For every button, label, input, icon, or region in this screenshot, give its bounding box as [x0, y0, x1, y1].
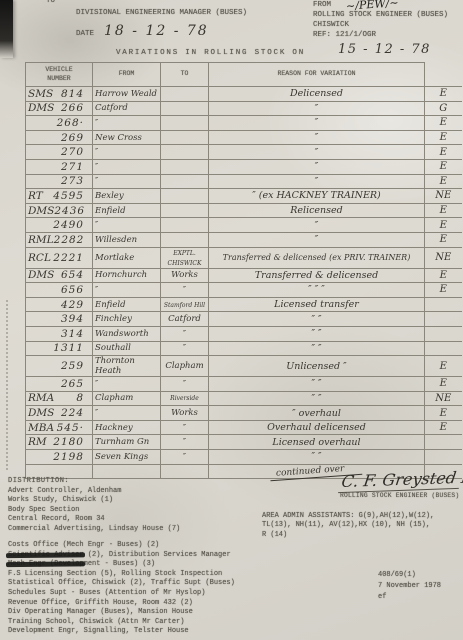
vehicle-number-cell: 1311 [26, 341, 93, 356]
reason-cell: ″ [209, 159, 425, 174]
vehicle-number-cell: RM2180 [26, 435, 93, 450]
distribution-line: Costs Office (Mech Engr - Buses) (2) [8, 541, 235, 551]
from-cell: Wandsworth [93, 326, 161, 341]
table-row: RM2180Turnham Gn″Licensed overhaul [26, 435, 462, 450]
vehicle-number-cell: 273 [26, 174, 93, 189]
to-cell [161, 189, 209, 204]
footer-date: 7 November 1978 [378, 581, 441, 592]
to-cell: Clapham [161, 356, 209, 377]
reason-cell: Transferred & delicensed (ex PRIV. TRAIN… [209, 247, 425, 268]
date-handwritten: 18 - 12 - 78 [104, 23, 209, 39]
to-cell: EXPTL. CHISWICK [161, 247, 209, 268]
table-row: DMS266Catford″G [26, 101, 462, 116]
from-cell: ″ [93, 218, 161, 233]
margin-mark-cell: E [425, 159, 462, 174]
reason-cell: Overhaul delicensed [209, 420, 425, 435]
vehicle-number-cell: 265 [26, 377, 93, 392]
ref-number: REF: 121/1/OGR [313, 31, 376, 39]
vehicle-number-cell: 314 [26, 326, 93, 341]
from-cell: Clapham [93, 391, 161, 406]
margin-mark-cell: NE [425, 189, 462, 204]
signature-handwritten: C. F. Greysted R [338, 466, 462, 493]
vehicle-number-cell: SMS814 [26, 87, 93, 102]
reason-cell: ″ ″ [209, 450, 425, 465]
table-row: 394FinchleyCatford″ ″ [26, 312, 462, 327]
to-cell [161, 218, 209, 233]
table-row: 314Wandsworth″″ ″ [26, 326, 462, 341]
to-cell [161, 101, 209, 116]
to-cell [161, 232, 209, 247]
margin-mark-cell: E [425, 116, 462, 131]
margin-mark-cell: E [425, 130, 462, 145]
margin-mark-cell: E [425, 218, 462, 233]
table-row: DMS2436EnfieldRelicensedE [26, 203, 462, 218]
distribution-line: Works Study, Chiswick (1) [8, 496, 235, 506]
margin-mark-cell: E [425, 232, 462, 247]
vehicle-number-cell: RT4595 [26, 189, 93, 204]
vehicle-number-cell: RMA8 [26, 391, 93, 406]
to-value: DIVISIONAL ENGINEERING MANAGER (BUSES) [76, 9, 247, 17]
vehicle-number-cell: DMS654 [26, 268, 93, 283]
margin-mark-cell [425, 312, 462, 327]
table-row: 1311Southall″″ ″ [26, 341, 462, 356]
reason-cell: ″ [209, 232, 425, 247]
reason-cell: ″ ″ [209, 341, 425, 356]
margin-mark-cell [425, 435, 462, 450]
distribution-line: Revenue Office, Griffith House, Room 432… [8, 599, 235, 609]
margin-mark-cell: E [425, 174, 462, 189]
vehicle-number-cell: RML2282 [26, 232, 93, 247]
from-cell: ″ [93, 174, 161, 189]
table-row: 265″″″ ″E [26, 377, 462, 392]
table-row: 2198Seven Kings″″ ″ [26, 450, 462, 465]
area-admin-line: AREA ADMIN ASSISTANTS: G(9),AH(12),W(12)… [262, 512, 434, 521]
margin-mark-cell: G [425, 101, 462, 116]
to-cell: Works [161, 268, 209, 283]
table-row: 429EnfieldStamford HillLicensed transfer [26, 297, 462, 312]
distribution-list: DISTRIBUTION: Advert Controller, Aldenha… [8, 477, 235, 637]
from-cell: Hackney [93, 420, 161, 435]
to-header: TO [161, 63, 209, 87]
footer-ref: 408/69(1) [378, 570, 441, 581]
distribution-line: Development Engr, Signalling, Telster Ho… [8, 627, 235, 637]
margin-mark-cell [425, 450, 462, 465]
reason-header: REASON FOR VARIATION [209, 63, 425, 87]
table-row: RT4595Bexley″ (ex HACKNEY TRAINER)NE [26, 189, 462, 204]
scan-artifact-strip [0, 0, 13, 58]
from-cell: Mortlake [93, 247, 161, 268]
vehicle-number-cell: 656 [26, 283, 93, 298]
vehicle-number-cell: DMS266 [26, 101, 93, 116]
margin-mark-cell: NE [425, 247, 462, 268]
to-cell: ″ [161, 435, 209, 450]
reason-cell: Licensed transfer [209, 297, 425, 312]
distribution-line: Mech Engr (Development - Buses) (3) [8, 560, 235, 570]
reason-cell: ″ [209, 174, 425, 189]
vehicle-number-cell: 259 [26, 356, 93, 377]
to-cell: ″ [161, 326, 209, 341]
document-title: VARIATIONS IN ROLLING STOCK ON [116, 49, 305, 57]
from-cell: ″ [93, 377, 161, 392]
to-cell [161, 159, 209, 174]
variations-table: VEHICLE NUMBER FROM TO REASON FOR VARIAT… [25, 62, 462, 479]
to-cell [161, 174, 209, 189]
table-row: DMS224″Works″ overhaulE [26, 406, 462, 421]
vehicle-number-cell: 268· [26, 116, 93, 131]
to-cell: ″ [161, 420, 209, 435]
to-label: TO [46, 0, 55, 5]
table-row: 271″″E [26, 159, 462, 174]
footer-reference-block: 408/69(1) 7 November 1978 ef [378, 570, 441, 603]
table-header: VEHICLE NUMBER FROM TO REASON FOR VARIAT… [26, 63, 462, 87]
from-cell: Southall [93, 341, 161, 356]
table-body: SMS814Harrow WealdDelicensedEDMS266Catfo… [26, 87, 462, 479]
margin-mark-cell: E [425, 268, 462, 283]
vehicle-number-cell: 2198 [26, 450, 93, 465]
from-cell: ″ [93, 159, 161, 174]
margin-mark-cell: E [425, 377, 462, 392]
vehicle-number-cell: 394 [26, 312, 93, 327]
table-row: 656″″″ ″ ″E [26, 283, 462, 298]
vehicle-number-cell: 270 [26, 145, 93, 160]
from-cell: ″ [93, 406, 161, 421]
margin-mark-cell [425, 341, 462, 356]
reason-cell: Delicensed [209, 87, 425, 102]
vehicle-number-cell: RCL2221 [26, 247, 93, 268]
date-label: DATE [76, 30, 94, 38]
to-cell: ″ [161, 341, 209, 356]
margin-mark-cell: E [425, 420, 462, 435]
to-cell [161, 116, 209, 131]
reason-cell: Unlicensed ″ [209, 356, 425, 377]
from-cell: Thornton Heath [93, 356, 161, 377]
from-cell: ″ [93, 145, 161, 160]
margin-mark-cell: E [425, 406, 462, 421]
area-admin-assistants: AREA ADMIN ASSISTANTS: G(9),AH(12),W(12)… [262, 512, 434, 540]
from-location: CHISWICK [313, 21, 349, 29]
from-cell: Hornchurch [93, 268, 161, 283]
margin-mark-cell [425, 326, 462, 341]
reason-cell: ″ [209, 116, 425, 131]
table-row: SMS814Harrow WealdDelicensedE [26, 87, 462, 102]
reason-cell: ″ [209, 145, 425, 160]
distribution-title: DISTRIBUTION: [8, 477, 235, 487]
vehicle-number-cell: 429 [26, 297, 93, 312]
table-row: RML2282Willesden″E [26, 232, 462, 247]
area-admin-line: R (14) [262, 531, 434, 540]
vehicle-number-cell: 271 [26, 159, 93, 174]
to-cell: ″ [161, 450, 209, 465]
from-cell: ″ [93, 116, 161, 131]
margin-mark-cell: E [425, 356, 462, 377]
reason-cell: ″ [209, 218, 425, 233]
reason-cell: ″ [209, 101, 425, 116]
margin-mark-cell: E [425, 283, 462, 298]
table-row: 269New Cross″E [26, 130, 462, 145]
from-cell: Turnham Gn [93, 435, 161, 450]
vehicle-number-cell: 269 [26, 130, 93, 145]
from-cell: Willesden [93, 232, 161, 247]
distribution-line: Body Spec Section [8, 506, 235, 516]
from-cell: New Cross [93, 130, 161, 145]
scanned-document-page: TO DIVISIONAL ENGINEERING MANAGER (BUSES… [0, 0, 463, 640]
to-cell: ″ [161, 377, 209, 392]
signature-title: ROLLING STOCK ENGINEER (BUSES) [340, 492, 460, 499]
vehicle-number-header: VEHICLE NUMBER [26, 63, 93, 87]
table-row: 270″″E [26, 145, 462, 160]
from-cell: Enfield [93, 297, 161, 312]
vehicle-number-cell: MBA545· [26, 420, 93, 435]
table-row: RCL2221MortlakeEXPTL. CHISWICKTransferre… [26, 247, 462, 268]
from-value: ROLLING STOCK ENGINEER (BUSES) [313, 11, 448, 19]
reason-cell: Licensed overhaul [209, 435, 425, 450]
margin-header [425, 63, 462, 87]
to-cell: Riverside [161, 391, 209, 406]
margin-mark-cell: E [425, 203, 462, 218]
distribution-line: Div Operating Manager (Buses), Mansion H… [8, 608, 235, 618]
to-cell [161, 203, 209, 218]
table-row: DMS654HornchurchWorksTransferred & delic… [26, 268, 462, 283]
distribution-line: Statistical Office, Chiswick (2), Traffi… [8, 579, 235, 589]
margin-mark-cell: E [425, 145, 462, 160]
distribution-line: Scientific Adviser (2), Distribution Ser… [8, 551, 235, 561]
table-row: MBA545·Hackney″Overhaul delicensedE [26, 420, 462, 435]
reason-cell: ″ ″ [209, 391, 425, 406]
to-cell: Works [161, 406, 209, 421]
distribution-line: Commercial Advertising, Lindsay House (7… [8, 525, 235, 535]
table-row: 268·″″E [26, 116, 462, 131]
reason-cell: ″ (ex HACKNEY TRAINER) [209, 189, 425, 204]
reason-cell: ″ ″ [209, 377, 425, 392]
reason-cell: Transferred & delicensed [209, 268, 425, 283]
to-cell [161, 87, 209, 102]
from-cell: Seven Kings [93, 450, 161, 465]
from-cell: ″ [93, 283, 161, 298]
margin-mark-cell: E [425, 87, 462, 102]
to-cell: Stamford Hill [161, 297, 209, 312]
reason-cell: ″ ″ ″ [209, 283, 425, 298]
vehicle-number-cell: DMS2436 [26, 203, 93, 218]
table-row: 273″″E [26, 174, 462, 189]
vehicle-number-cell: 2490 [26, 218, 93, 233]
to-cell: ″ [161, 283, 209, 298]
to-cell: Catford [161, 312, 209, 327]
from-cell: Enfield [93, 203, 161, 218]
from-header: FROM [93, 63, 161, 87]
reason-cell: ″ overhaul [209, 406, 425, 421]
to-cell [161, 130, 209, 145]
distribution-lines: Advert Controller, AldenhamWorks Study, … [8, 487, 235, 637]
title-date-handwritten: 15 - 12 - 78 [338, 42, 431, 57]
footer-initials: ef [378, 592, 441, 603]
margin-mark-cell [425, 297, 462, 312]
from-cell: Bexley [93, 189, 161, 204]
table-row: 2490″″E [26, 218, 462, 233]
from-label: FROM [313, 1, 331, 9]
margin-mark-cell: NE [425, 391, 462, 406]
reason-cell: ″ ″ [209, 312, 425, 327]
vehicle-number-cell: DMS224 [26, 406, 93, 421]
distribution-line: Advert Controller, Aldenham [8, 487, 235, 497]
margin-dotted-line [6, 300, 8, 470]
from-cell: Finchley [93, 312, 161, 327]
distribution-line: Schedules Supt - Buses (Attention of Mr … [8, 589, 235, 599]
from-cell: Catford [93, 101, 161, 116]
from-cell: Harrow Weald [93, 87, 161, 102]
reason-cell: ″ ″ [209, 326, 425, 341]
table-row: 259Thornton HeathClaphamUnlicensed ″E [26, 356, 462, 377]
signature-block: C. F. Greysted R ROLLING STOCK ENGINEER … [340, 468, 460, 499]
table-row: RMA8ClaphamRiverside″ ″NE [26, 391, 462, 406]
distribution-line: Training School, Chiswick (Attn Mr Carte… [8, 618, 235, 628]
reason-cell: ″ [209, 130, 425, 145]
reason-cell: Relicensed [209, 203, 425, 218]
distribution-line: Central Record, Room 34 [8, 515, 235, 525]
area-admin-line: TL(13), NH(11), AV(12),HX (10), NH (15), [262, 521, 434, 530]
to-cell [161, 145, 209, 160]
